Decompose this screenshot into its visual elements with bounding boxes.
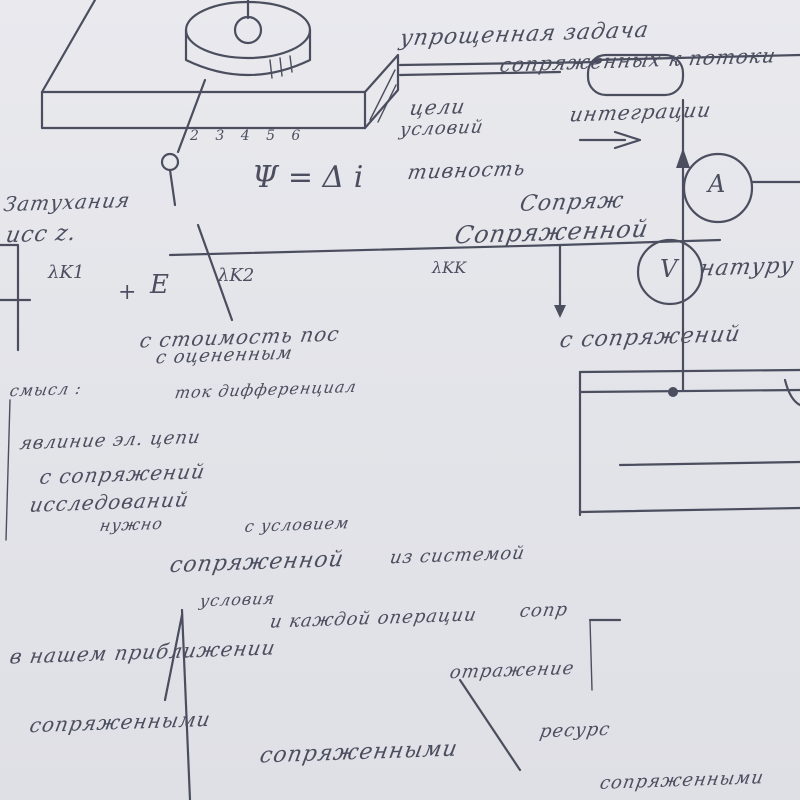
handwriting-line: интеграции — [568, 97, 714, 126]
handwriting-line: нужно — [98, 514, 165, 535]
handwriting-line: отражение — [448, 658, 576, 683]
lambda-k1-label: λK1 — [48, 262, 84, 283]
handwriting-line: ресурс — [538, 719, 612, 743]
handwriting-line: условия — [198, 589, 277, 611]
handwriting-line: тивность — [406, 156, 528, 184]
handwriting-line: Сопряж — [518, 188, 626, 217]
pulley-wheel-drawing — [186, 0, 310, 78]
e-label: E — [150, 270, 169, 300]
handwriting-line: условий — [398, 116, 485, 140]
box-drawing — [580, 370, 800, 515]
handwriting-line: натуру — [698, 253, 796, 281]
formula-psi: Ψ = Δ i — [252, 160, 363, 195]
handwriting-line: с условием — [243, 513, 351, 536]
plus-sign: + — [118, 280, 136, 305]
handwritten-notes-photo: Ψ = Δ i A V λK1 + E λK2 λKK 2 3 4 5 6 уп… — [0, 0, 800, 800]
lambda-kk-label: λKK — [432, 258, 466, 277]
handwriting-line: сопр — [518, 599, 570, 622]
voltmeter-label: V — [660, 255, 677, 283]
handwriting-line: смысл : — [8, 379, 83, 401]
ammeter-label: A — [708, 170, 725, 198]
handwriting-line: исс z. — [4, 221, 79, 249]
lambda-k2-label: λK2 — [218, 265, 254, 286]
scale-numbers: 2 3 4 5 6 — [190, 128, 306, 144]
handwriting-line: цели — [408, 94, 468, 120]
handwriting-line: Затухания — [2, 188, 133, 217]
platform-drawing — [42, 0, 398, 128]
